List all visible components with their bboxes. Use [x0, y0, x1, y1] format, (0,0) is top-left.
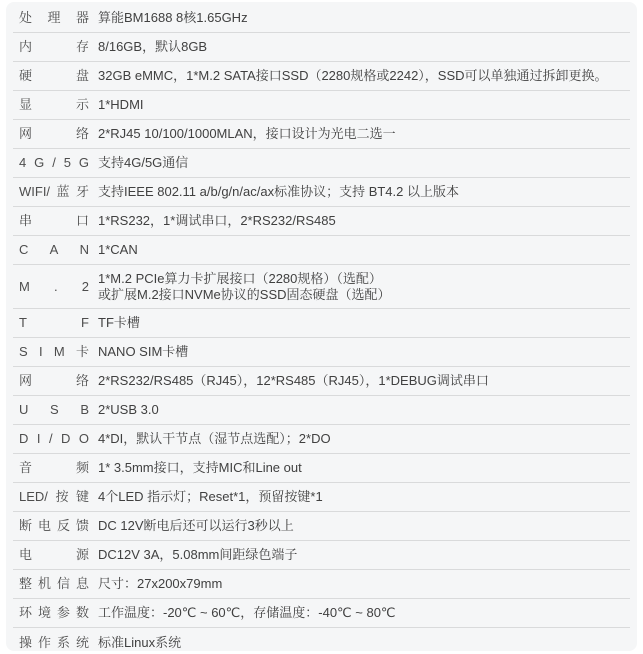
spec-label: 硬 盘: [19, 68, 89, 84]
spec-row-power-loss-feedback: 断 电 反 馈 DC 12V断电后还可以运行3秒以上: [13, 512, 630, 541]
spec-value: 工作温度：-20℃ ~ 60℃，存储温度：-40℃ ~ 80℃: [98, 605, 396, 621]
spec-label: D I / D O: [19, 431, 89, 447]
spec-value: 支持4G/5G通信: [98, 155, 188, 171]
spec-label: S I M 卡: [19, 344, 89, 360]
spec-row-network: 网 络 2*RJ45 10/100/1000MLAN，接口设计为光电二选一: [13, 120, 630, 149]
spec-value: 算能BM1688 8核1.65GHz: [98, 10, 248, 26]
spec-row-network-serial: 网 络 2*RS232/RS485（RJ45），12*RS485（RJ45），1…: [13, 367, 630, 396]
spec-value: 1*HDMI: [98, 97, 144, 113]
spec-row-sim: S I M 卡 NANO SIM卡槽: [13, 338, 630, 367]
spec-value: NANO SIM卡槽: [98, 344, 188, 360]
spec-label: U S B: [19, 402, 89, 418]
spec-label: 显 示: [19, 97, 89, 113]
spec-value: 1*CAN: [98, 242, 138, 258]
spec-value: 2*RS232/RS485（RJ45），12*RS485（RJ45），1*DEB…: [98, 373, 489, 389]
spec-table: 处 理 器 算能BM1688 8核1.65GHz 内 存 8/16GB，默认8G…: [13, 4, 630, 654]
spec-row-tf: T F TF卡槽: [13, 309, 630, 338]
spec-label: 网 络: [19, 373, 89, 389]
spec-label: 处 理 器: [19, 10, 89, 26]
spec-row-display: 显 示 1*HDMI: [13, 91, 630, 120]
spec-label: WIFI/蓝牙: [19, 184, 89, 200]
spec-value: 尺寸：27x200x79mm: [98, 576, 222, 592]
spec-value: DC 12V断电后还可以运行3秒以上: [98, 518, 294, 534]
spec-value: 32GB eMMC，1*M.2 SATA接口SSD（2280规格或2242），S…: [98, 68, 608, 84]
spec-label: 4 G / 5 G: [19, 155, 89, 171]
spec-label: 电 源: [19, 547, 89, 563]
spec-value: 4个LED 指示灯；Reset*1，预留按键*1: [98, 489, 323, 505]
spec-row-environment: 环 境 参 数 工作温度：-20℃ ~ 60℃，存储温度：-40℃ ~ 80℃: [13, 599, 630, 628]
spec-label: 音 频: [19, 460, 89, 476]
spec-row-processor: 处 理 器 算能BM1688 8核1.65GHz: [13, 4, 630, 33]
spec-value: DC12V 3A，5.08mm间距绿色端子: [98, 547, 297, 563]
spec-row-4g5g: 4 G / 5 G 支持4G/5G通信: [13, 149, 630, 178]
spec-value: 标准Linux系统: [98, 635, 181, 651]
spec-row-serial: 串 口 1*RS232，1*调试串口，2*RS232/RS485: [13, 207, 630, 236]
spec-label: 断 电 反 馈: [19, 518, 89, 534]
spec-row-os: 操 作 系 统 标准Linux系统: [13, 628, 630, 654]
spec-value: 8/16GB，默认8GB: [98, 39, 207, 55]
spec-value: 1*M.2 PCIe算力卡扩展接口（2280规格）（选配） 或扩展M.2接口NV…: [98, 271, 391, 302]
spec-value: 4*DI，默认干节点（湿节点选配）；2*DO: [98, 431, 331, 447]
spec-row-dimensions: 整 机 信 息 尺寸：27x200x79mm: [13, 570, 630, 599]
spec-row-power: 电 源 DC12V 3A，5.08mm间距绿色端子: [13, 541, 630, 570]
spec-value-line-1: 1*M.2 PCIe算力卡扩展接口（2280规格）（选配）: [98, 271, 391, 287]
spec-label: LED/按键: [19, 489, 89, 505]
spec-value: 2*USB 3.0: [98, 402, 159, 418]
spec-label: 串 口: [19, 213, 89, 229]
spec-value: 2*RJ45 10/100/1000MLAN，接口设计为光电二选一: [98, 126, 396, 142]
spec-row-memory: 内 存 8/16GB，默认8GB: [13, 33, 630, 62]
spec-row-can: C A N 1*CAN: [13, 236, 630, 265]
spec-row-audio: 音 频 1* 3.5mm接口，支持MIC和Line out: [13, 454, 630, 483]
spec-label: C A N: [19, 242, 89, 258]
spec-value-line-2: 或扩展M.2接口NVMe协议的SSD固态硬盘（选配）: [98, 287, 391, 303]
spec-label: 环 境 参 数: [19, 605, 89, 621]
spec-row-storage: 硬 盘 32GB eMMC，1*M.2 SATA接口SSD（2280规格或224…: [13, 62, 630, 91]
spec-value: TF卡槽: [98, 315, 140, 331]
spec-card: 处 理 器 算能BM1688 8核1.65GHz 内 存 8/16GB，默认8G…: [6, 2, 637, 651]
spec-row-led-button: LED/按键 4个LED 指示灯；Reset*1，预留按键*1: [13, 483, 630, 512]
spec-value: 支持IEEE 802.11 a/b/g/n/ac/ax标准协议；支持 BT4.2…: [98, 184, 459, 200]
spec-label: 操 作 系 统: [19, 635, 89, 651]
spec-row-dido: D I / D O 4*DI，默认干节点（湿节点选配）；2*DO: [13, 425, 630, 454]
spec-label: 网 络: [19, 126, 89, 142]
spec-value: 1*RS232，1*调试串口，2*RS232/RS485: [98, 213, 336, 229]
spec-label: 整 机 信 息: [19, 576, 89, 592]
spec-label: M . 2: [19, 279, 89, 295]
spec-row-usb: U S B 2*USB 3.0: [13, 396, 630, 425]
spec-label: 内 存: [19, 39, 89, 55]
spec-value: 1* 3.5mm接口，支持MIC和Line out: [98, 460, 302, 476]
spec-label: T F: [19, 315, 89, 331]
spec-row-wifi-bluetooth: WIFI/蓝牙 支持IEEE 802.11 a/b/g/n/ac/ax标准协议；…: [13, 178, 630, 207]
spec-row-m2: M . 2 1*M.2 PCIe算力卡扩展接口（2280规格）（选配） 或扩展M…: [13, 265, 630, 309]
